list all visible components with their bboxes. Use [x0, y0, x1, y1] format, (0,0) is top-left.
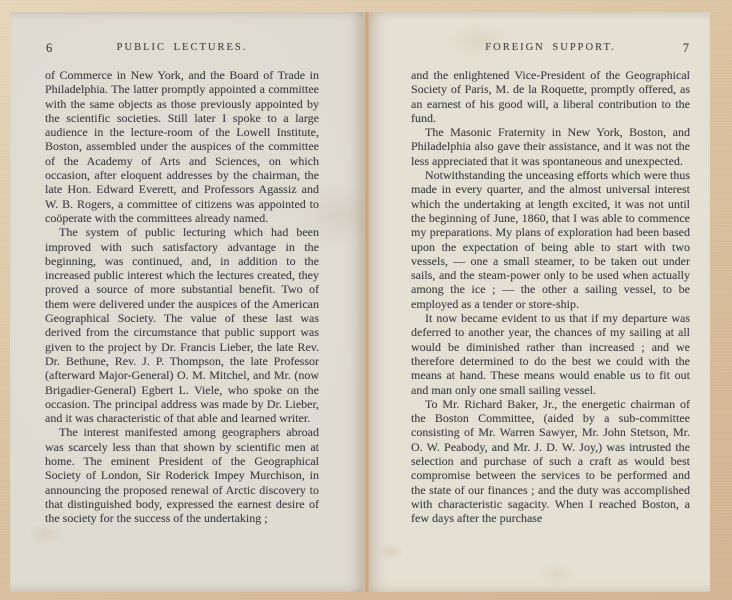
paragraph: It now became evident to us that if my d…	[411, 311, 690, 397]
left-page-number: 6	[46, 41, 52, 56]
left-page-text: of Commerce in New York, and the Board o…	[10, 68, 363, 526]
page-right: FOREIGN SUPPORT. 7 and the enlightened V…	[370, 12, 710, 592]
binding-gutter	[363, 12, 370, 592]
paragraph: To Mr. Richard Baker, Jr., the energetic…	[411, 397, 690, 526]
right-page-header: FOREIGN SUPPORT. 7	[370, 42, 710, 56]
paragraph: The interest manifested among geographer…	[45, 425, 319, 525]
right-page-text: and the enlightened Vice-President of th…	[370, 68, 710, 526]
paragraph: The Masonic Fraternity in New York, Bost…	[411, 125, 690, 168]
right-page-number: 7	[683, 41, 689, 56]
paragraph: The system of public lecturing which had…	[45, 225, 319, 425]
page-left: 6 PUBLIC LECTURES. of Commerce in New Yo…	[10, 12, 363, 592]
paragraph: of Commerce in New York, and the Board o…	[45, 68, 319, 225]
paragraph: and the enlightened Vice-President of th…	[411, 68, 690, 125]
left-page-header: 6 PUBLIC LECTURES.	[10, 42, 363, 56]
left-running-title: PUBLIC LECTURES.	[45, 42, 319, 53]
right-running-title: FOREIGN SUPPORT.	[411, 42, 690, 53]
paragraph: Notwithstanding the unceasing efforts wh…	[411, 168, 690, 311]
book-photo: { "book": { "left_page": { "page_number"…	[0, 0, 732, 600]
book-spread: 6 PUBLIC LECTURES. of Commerce in New Yo…	[0, 0, 732, 600]
